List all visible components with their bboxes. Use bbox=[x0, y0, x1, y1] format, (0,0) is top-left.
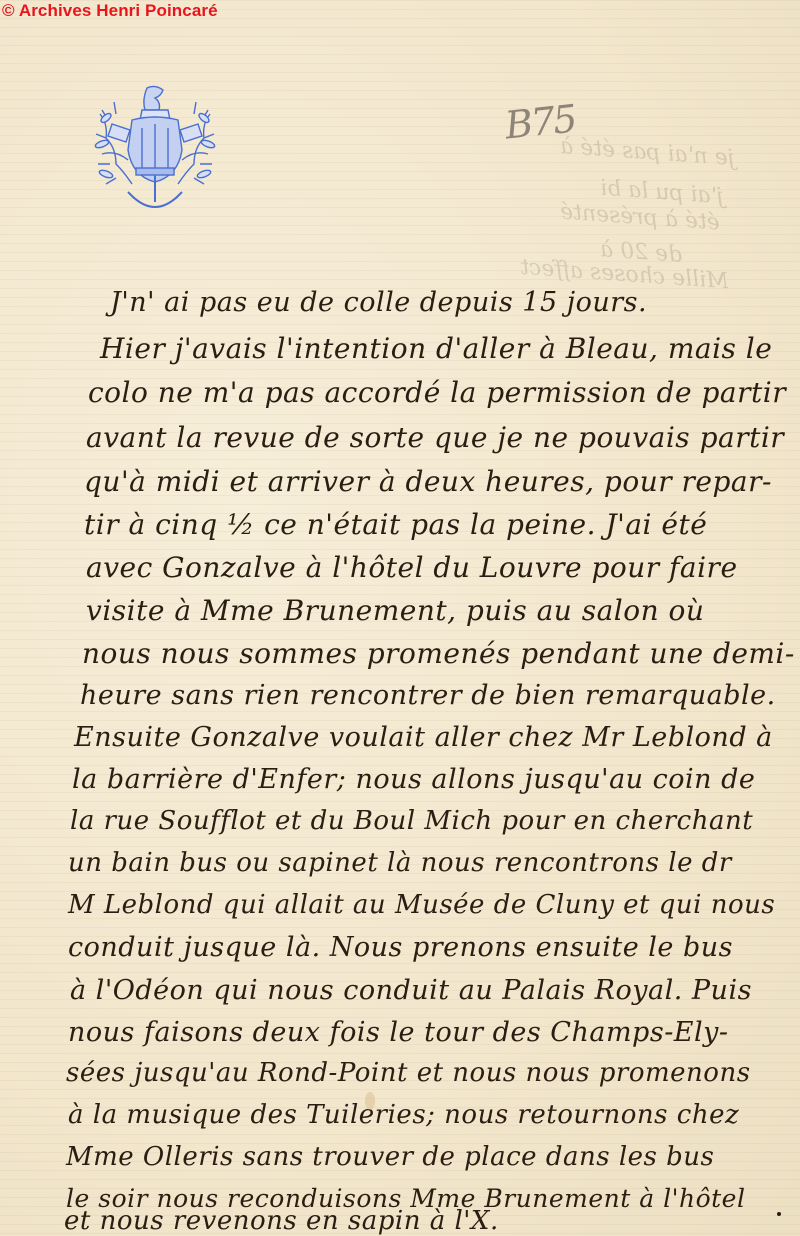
letter-line: M Leblond qui allait au Musée de Cluny e… bbox=[68, 890, 775, 920]
letter-line: conduit jusque là. Nous prenons ensuite … bbox=[68, 932, 733, 963]
letter-line: nous nous sommes promenés pendant une de… bbox=[82, 637, 795, 670]
letter-line: sées jusqu'au Rond-Point et nous nous pr… bbox=[66, 1058, 751, 1088]
letter-line: J'n' ai pas eu de colle depuis 15 jours. bbox=[110, 287, 647, 318]
letter-line: et nous revenons en sapin à l'X. bbox=[64, 1206, 499, 1236]
handwritten-letter: J'n' ai pas eu de colle depuis 15 jours.… bbox=[0, 0, 800, 1236]
letter-line: un bain bus ou sapinet là nous rencontro… bbox=[68, 848, 732, 878]
letter-line: avec Gonzalve à l'hôtel du Louvre pour f… bbox=[86, 551, 738, 584]
letter-line: avant la revue de sorte que je ne pouvai… bbox=[86, 421, 784, 454]
letter-line: visite à Mme Brunement, puis au salon où bbox=[86, 594, 704, 627]
letter-line: nous faisons deux fois le tour des Champ… bbox=[68, 1017, 729, 1048]
letter-line: Mme Olleris sans trouver de place dans l… bbox=[66, 1142, 714, 1172]
letter-line: qu'à midi et arriver à deux heures, pour… bbox=[84, 465, 772, 498]
letter-line: tir à cinq ½ ce n'était pas la peine. J'… bbox=[84, 508, 707, 541]
letter-line: Hier j'avais l'intention d'aller à Bleau… bbox=[100, 332, 772, 365]
paper-stain bbox=[365, 1092, 375, 1110]
letter-line: la rue Soufflot et du Boul Mich pour en … bbox=[70, 806, 753, 836]
letter-line: à l'Odéon qui nous conduit au Palais Roy… bbox=[70, 975, 752, 1006]
letter-line: heure sans rien rencontrer de bien remar… bbox=[80, 680, 776, 711]
letter-line: la barrière d'Enfer; nous allons jusqu'a… bbox=[72, 764, 755, 795]
letter-line: à la musique des Tuileries; nous retourn… bbox=[68, 1100, 739, 1130]
letter-line: Ensuite Gonzalve voulait aller chez Mr L… bbox=[74, 722, 773, 753]
letter-line: colo ne m'a pas accordé la permission de… bbox=[88, 376, 786, 409]
ink-dot bbox=[777, 1212, 781, 1216]
